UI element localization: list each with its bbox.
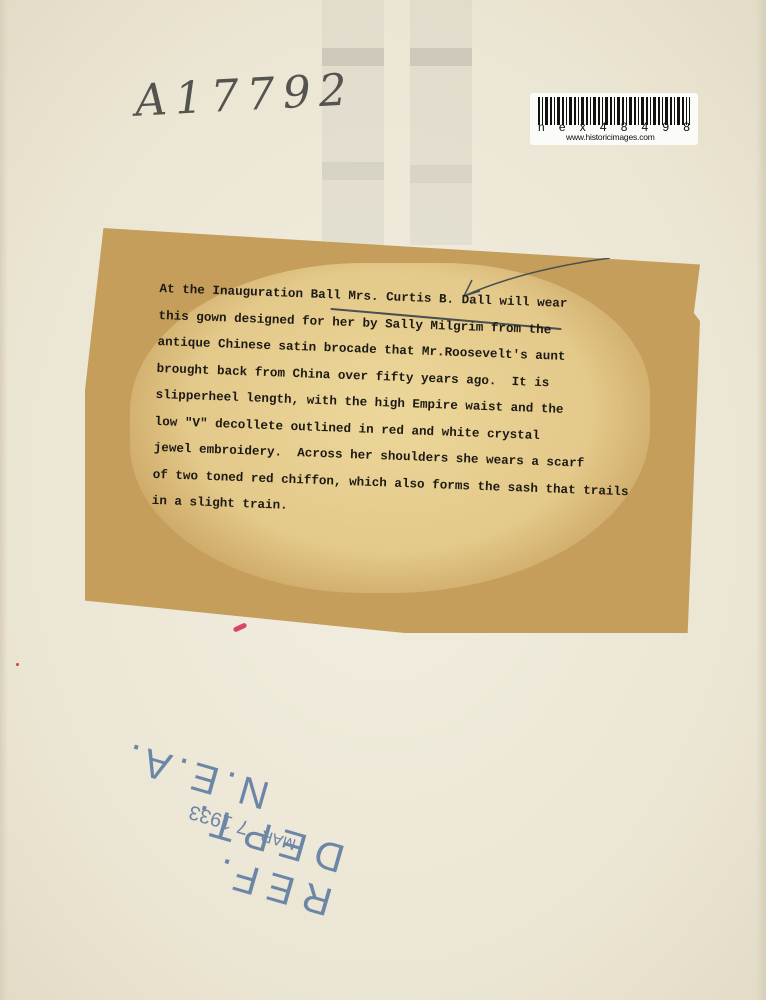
barcode-digit: 9 — [662, 120, 669, 134]
caption-text: At the Inauguration Ball Mrs. Curtis B. … — [151, 276, 649, 532]
barcode-digit: e — [559, 120, 566, 134]
barcode-digit: n — [538, 120, 545, 134]
red-ink-dot — [16, 663, 19, 666]
tape-residue-right — [410, 0, 472, 245]
page-edge-left — [0, 0, 8, 1000]
reference-stamp: N.E.A. MAR 7 1933 REF. DEPT. — [91, 704, 378, 936]
page-edge-right — [756, 0, 766, 1000]
photo-back-page: A17792 n e x 4 8 4 9 8 www.historicimage… — [0, 0, 766, 1000]
barcode-url: www.historicimages.com — [566, 132, 655, 142]
barcode-label: n e x 4 8 4 9 8 www.historicimages.com — [530, 93, 698, 145]
tape-residue-left — [322, 0, 384, 245]
red-ink-mark — [233, 622, 248, 632]
barcode-digit: 8 — [683, 120, 690, 134]
